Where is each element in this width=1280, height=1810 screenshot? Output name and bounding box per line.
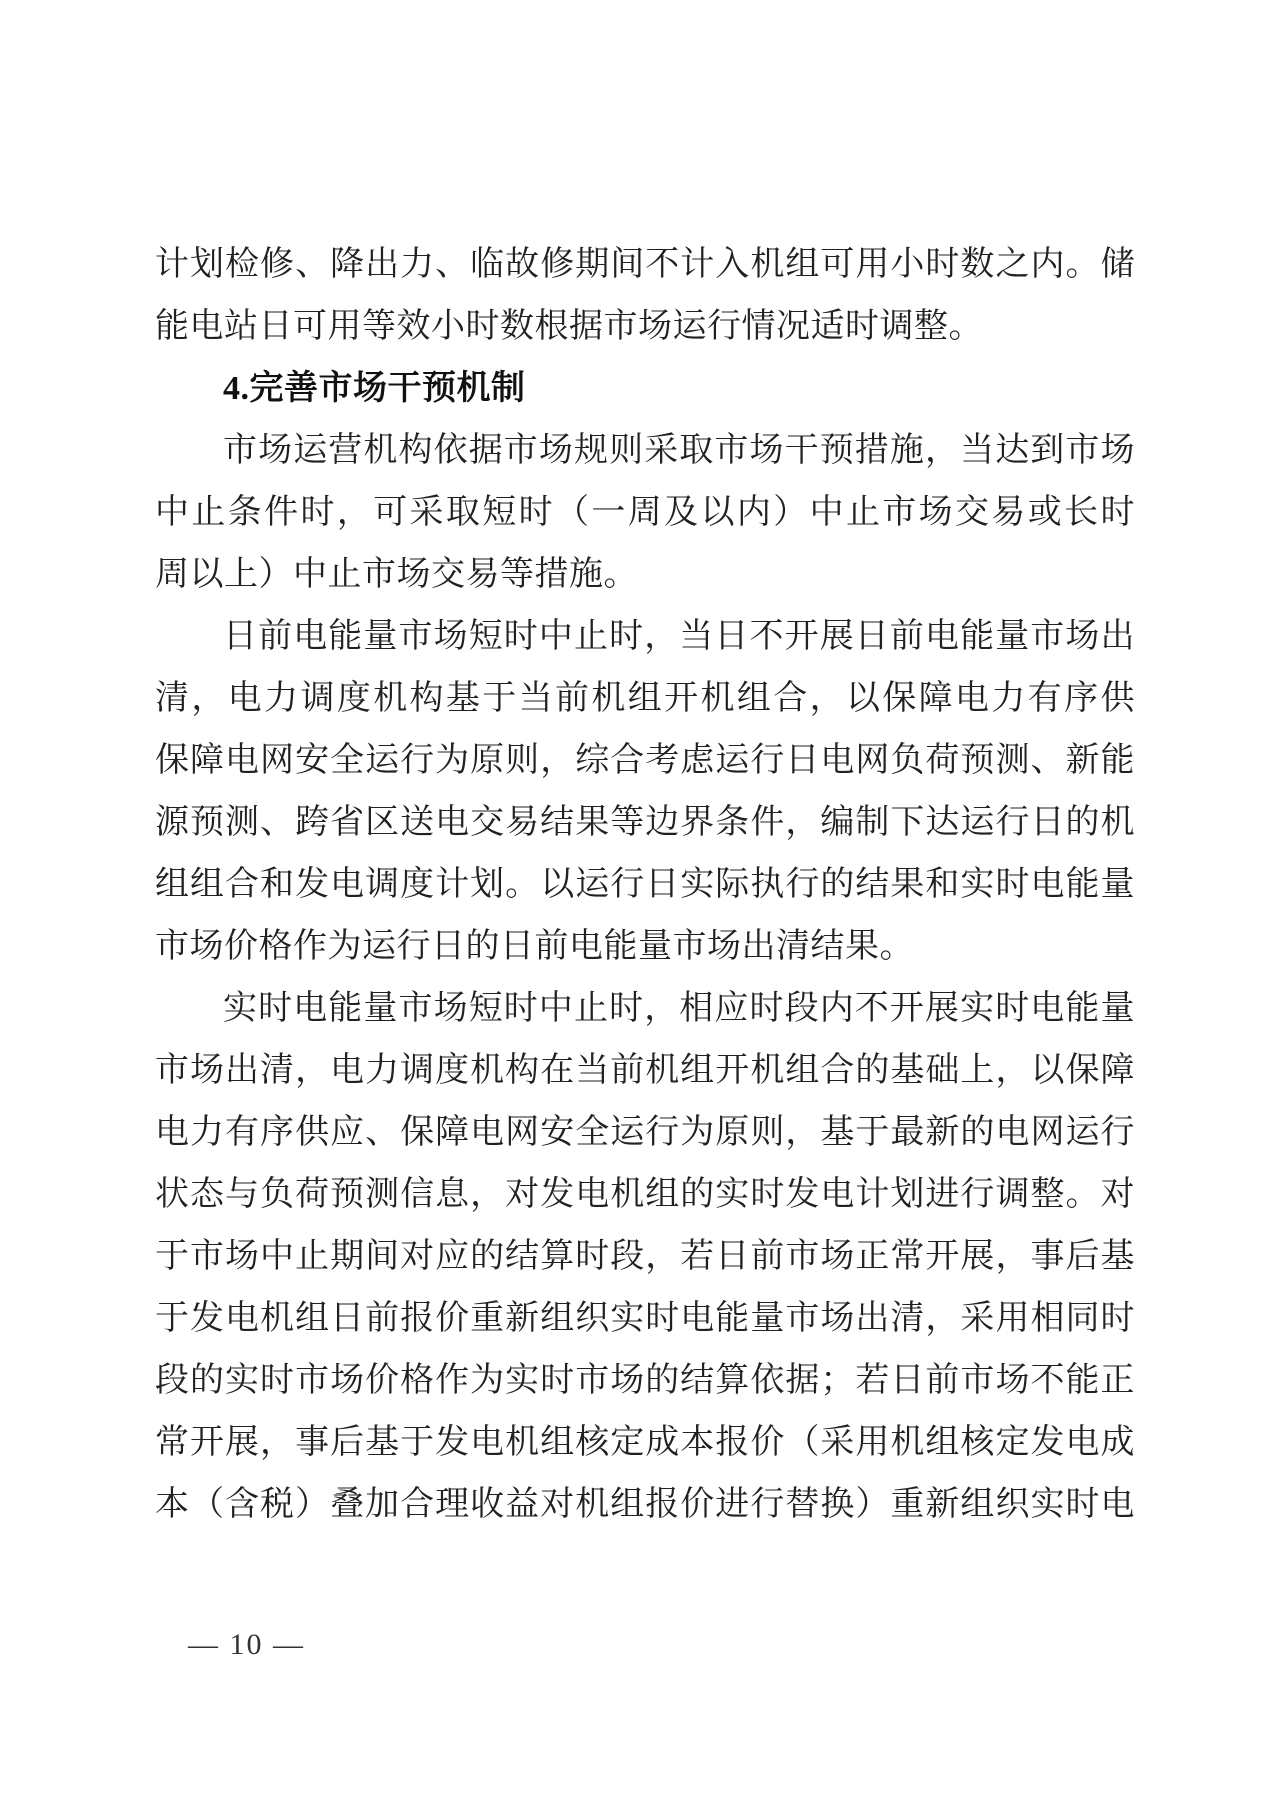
section-heading: 4.完善市场干预机制 (155, 358, 1135, 420)
text-line: 市场价格作为运行日的日前电能量市场出清结果。 (155, 916, 1135, 978)
text-line: 市场出清，电力调度机构在当前机组开机组合的基础上，以保障 (155, 1040, 1135, 1102)
page-number: — 10 — (188, 1628, 305, 1662)
text-line: 中止条件时，可采取短时（一周及以内）中止市场交易或长时（一 (155, 482, 1135, 544)
text-line: 组组合和发电调度计划。以运行日实际执行的结果和实时电能量 (155, 854, 1135, 916)
text-line: 段的实时市场价格作为实时市场的结算依据；若日前市场不能正 (155, 1350, 1135, 1412)
text-line: 清，电力调度机构基于当前机组开机组合，以保障电力有序供应、 (155, 668, 1135, 730)
text-line: 日前电能量市场短时中止时，当日不开展日前电能量市场出 (155, 606, 1135, 668)
text-line: 实时电能量市场短时中止时，相应时段内不开展实时电能量 (155, 978, 1135, 1040)
text-line: 市场运营机构依据市场规则采取市场干预措施，当达到市场 (155, 420, 1135, 482)
text-line: 计划检修、降出力、临故修期间不计入机组可用小时数之内。储 (155, 234, 1135, 296)
text-line: 周以上）中止市场交易等措施。 (155, 544, 1135, 606)
text-line: 源预测、跨省区送电交易结果等边界条件，编制下达运行日的机 (155, 792, 1135, 854)
document-page: 计划检修、降出力、临故修期间不计入机组可用小时数之内。储 能电站日可用等效小时数… (0, 0, 1280, 1810)
text-line: 于市场中止期间对应的结算时段，若日前市场正常开展，事后基 (155, 1226, 1135, 1288)
text-line: 能电站日可用等效小时数根据市场运行情况适时调整。 (155, 296, 1135, 358)
text-line: 本（含税）叠加合理收益对机组报价进行替换）重新组织实时电 (155, 1474, 1135, 1536)
document-body: 计划检修、降出力、临故修期间不计入机组可用小时数之内。储 能电站日可用等效小时数… (155, 234, 1135, 1536)
text-line: 于发电机组日前报价重新组织实时电能量市场出清，采用相同时 (155, 1288, 1135, 1350)
text-line: 保障电网安全运行为原则，综合考虑运行日电网负荷预测、新能 (155, 730, 1135, 792)
text-line: 电力有序供应、保障电网安全运行为原则，基于最新的电网运行 (155, 1102, 1135, 1164)
text-line: 常开展，事后基于发电机组核定成本报价（采用机组核定发电成 (155, 1412, 1135, 1474)
text-line: 状态与负荷预测信息，对发电机组的实时发电计划进行调整。对 (155, 1164, 1135, 1226)
